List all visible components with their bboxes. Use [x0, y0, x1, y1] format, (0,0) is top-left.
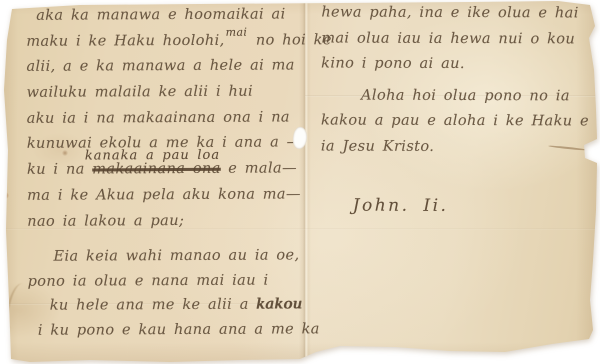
signature: John. Ii. — [353, 196, 600, 217]
letter-page-right: hewa paha, ina e ike olua e hai mai olua… — [321, 0, 600, 216]
handwritten-line: kanaka a pau loa ku i na makaainana ona … — [27, 156, 333, 183]
handwritten-line: aka ka manawa e hoomaikai ai — [26, 2, 332, 29]
handwritten-line: ia Jesu Kristo. — [321, 134, 600, 161]
handwritten-line: ma i ke Akua pela aku kona ma— — [27, 182, 333, 209]
line-text: ku hele ana me ke alii a — [50, 297, 249, 314]
line-text: e mala— — [228, 161, 297, 177]
paper-shadow: aka ka manawa e hoomaikai ai maku i ke H… — [0, 0, 600, 364]
handwritten-line: aku ia i na makaainana ona i na — [27, 105, 333, 132]
handwritten-line: nao ia lakou a pau; — [27, 208, 333, 235]
letter-page-left: aka ka manawa e hoomaikai ai maku i ke H… — [26, 2, 333, 343]
handwritten-line: maku i ke Haku hoolohi,mai no hoi ke — [26, 28, 332, 55]
overwritten-word: kakou — [256, 297, 302, 313]
ink-stain — [2, 192, 9, 199]
handwritten-line: kino i pono ai au. — [321, 51, 600, 78]
right-paragraph-2: Aloha hoi olua pono no ia kakou a pau e … — [321, 83, 600, 161]
handwritten-line: i ku pono e kau hana ana a me ka — [28, 317, 334, 343]
line-text: ku i na — [27, 162, 85, 178]
handwritten-line: hewa paha, ina e ike olua e hai — [321, 0, 600, 27]
left-paragraph-2: Eia keia wahi manao au ia oe, pono ia ol… — [27, 243, 333, 343]
handwritten-line: Eia keia wahi manao au ia oe, — [27, 243, 333, 269]
handwritten-line: alii, a e ka manawa a hele ai ma — [26, 54, 332, 81]
handwritten-line: Aloha hoi olua pono no ia — [321, 83, 600, 110]
left-paragraph-1: aka ka manawa e hoomaikai ai maku i ke H… — [26, 2, 333, 235]
handwritten-line: pono ia olua e nana mai iau i — [28, 268, 334, 294]
line-text: maku i ke Haku hoolohi, — [26, 32, 224, 49]
inserted-correction: kanaka a pau loa — [85, 143, 220, 169]
handwritten-line: ku hele ana me ke alii a kakou — [28, 293, 334, 319]
scanned-letter: aka ka manawa e hoomaikai ai maku i ke H… — [0, 0, 600, 364]
inserted-word: mai — [226, 19, 248, 45]
handwritten-line: mai olua iau ia hewa nui o kou — [321, 26, 600, 53]
right-paragraph-1: hewa paha, ina e ike olua e hai mai olua… — [321, 0, 600, 78]
handwritten-line: kakou a pau e aloha i ke Haku e olai — [321, 108, 600, 135]
letter-paper: aka ka manawa e hoomaikai ai maku i ke H… — [0, 0, 600, 364]
handwritten-line: wailuku malaila ke alii i hui — [27, 79, 333, 106]
